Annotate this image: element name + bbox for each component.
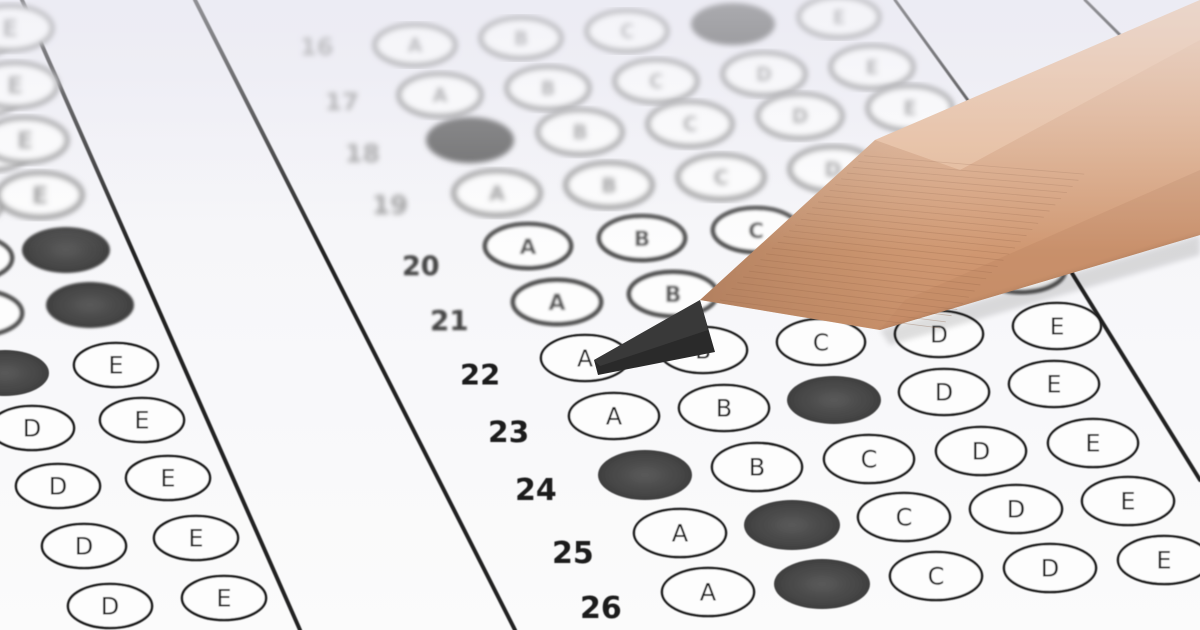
bubble-e: E xyxy=(1118,536,1200,584)
bubble-e: E xyxy=(0,63,57,107)
filled-bubble xyxy=(426,117,514,163)
bubble-b: B xyxy=(566,163,652,207)
bubble-a: A xyxy=(399,74,481,116)
bubble-letter: D xyxy=(75,533,93,561)
bubble-d: D xyxy=(899,369,989,415)
bubble-c: C xyxy=(777,319,865,365)
bubble-e: E xyxy=(799,0,879,37)
bubble-letter: A xyxy=(606,403,622,431)
filled-bubble xyxy=(787,376,881,424)
bubble-letter: E xyxy=(1156,547,1171,575)
bubble-letter: C xyxy=(928,563,945,591)
bubble-c: C xyxy=(858,493,950,541)
bubble-b: B xyxy=(712,443,802,491)
bubble-b: B xyxy=(599,216,685,260)
bubble-a: A xyxy=(662,568,754,616)
bubble-a: A xyxy=(569,393,659,439)
bubble-letter: D xyxy=(972,438,990,466)
bubble-letter: B xyxy=(716,395,732,423)
bubble-b: B xyxy=(507,67,589,109)
filled-bubble xyxy=(774,559,870,609)
answer-sheet-photo: 16ABCE17ABCDE18BCDE19ABCDE20ABCDE21ABCDE… xyxy=(0,0,1200,630)
bubble-letter: E xyxy=(134,407,149,435)
bubble-letter: A xyxy=(672,520,689,548)
bubble-letter: E xyxy=(188,525,203,553)
bubble-letter: A xyxy=(548,290,566,316)
bubble-letter: E xyxy=(2,15,18,43)
bubble-e: E xyxy=(1009,361,1099,407)
bubble-letter: A xyxy=(520,235,537,260)
question-number: 23 xyxy=(488,415,529,449)
bubble-letter: D xyxy=(49,473,67,501)
bubble-c: C xyxy=(587,11,667,51)
question-number: 26 xyxy=(580,591,622,626)
bubble-letter: B xyxy=(749,454,765,482)
bubble-letter: D xyxy=(101,593,119,621)
bubble-letter: A xyxy=(432,84,447,107)
bubble-letter: C xyxy=(896,504,913,532)
bubble-letter: E xyxy=(1050,314,1065,340)
bubble-letter: C xyxy=(748,219,764,244)
bubble-b: B xyxy=(679,385,769,431)
question-number: 18 xyxy=(345,139,380,168)
bubble-letter: C xyxy=(620,20,634,43)
bubble-e: E xyxy=(1048,419,1138,467)
bubble-letter: E xyxy=(1085,430,1100,458)
bubble-letter: A xyxy=(408,34,423,57)
bubble-letter: C xyxy=(861,446,878,474)
bubble-e: E xyxy=(0,118,67,162)
bubble-d: D xyxy=(1004,544,1096,592)
bubble-letter: E xyxy=(17,127,33,155)
bubble-letter: E xyxy=(1120,488,1135,516)
bubble-letter: D xyxy=(935,379,953,407)
bubble-letter: E xyxy=(903,96,917,120)
bubble-letter: D xyxy=(756,63,772,86)
bubble-e: E xyxy=(1013,303,1101,349)
bubble-letter: A xyxy=(489,181,505,205)
bubble-letter: A xyxy=(577,346,593,372)
bubble-letter: A xyxy=(700,579,717,607)
filled-bubble xyxy=(0,350,49,396)
bubble-e: E xyxy=(1082,477,1174,525)
bubble-letter: B xyxy=(572,120,587,144)
bubble-letter: C xyxy=(813,330,829,356)
bubble-letter: E xyxy=(216,585,231,613)
filled-bubble xyxy=(744,500,840,550)
bubble-d: D xyxy=(758,94,842,138)
bubble-d: D xyxy=(68,584,152,628)
bubble-letter: B xyxy=(514,27,529,50)
bubble-d: D xyxy=(16,464,100,508)
bubble-d: D xyxy=(936,427,1026,475)
bubble-letter: D xyxy=(1041,555,1059,583)
bubble-letter: C xyxy=(713,165,728,189)
filled-bubble xyxy=(691,3,775,45)
bubble-d: D xyxy=(0,406,74,450)
bubble-e: E xyxy=(126,456,210,500)
answer-sheet-illustration: 16ABCE17ABCDE18BCDE19ABCDE20ABCDE21ABCDE… xyxy=(0,0,1200,630)
question-number: 16 xyxy=(300,33,333,61)
question-number: 17 xyxy=(325,87,359,116)
bubble-a: A xyxy=(513,280,601,324)
bubble-d: D xyxy=(723,53,805,95)
bubble-e: E xyxy=(154,516,238,560)
bubble-b: B xyxy=(481,18,561,58)
bubble-a: A xyxy=(454,171,540,215)
bubble-a: A xyxy=(375,25,455,65)
bubble-e: E xyxy=(74,343,158,387)
bubble-letter: D xyxy=(1007,496,1025,524)
bubble-e: E xyxy=(0,6,52,50)
question-number: 25 xyxy=(552,536,594,571)
bubble-letter: D xyxy=(23,415,41,443)
bubble-letter: E xyxy=(108,352,123,380)
filled-bubble xyxy=(598,450,692,500)
bubble-letter: D xyxy=(792,104,809,128)
filled-bubble xyxy=(22,227,110,273)
bubble-letter: B xyxy=(541,77,556,100)
question-number: 19 xyxy=(372,191,408,221)
bubble-c: C xyxy=(824,435,914,483)
bubble-e: E xyxy=(831,46,913,88)
bubble-c: C xyxy=(890,552,982,600)
bubble-c: C xyxy=(615,60,697,102)
bubble-a: A xyxy=(634,509,726,557)
bubble-letter: E xyxy=(832,6,845,29)
bubble-a: A xyxy=(485,224,571,268)
question-number: 24 xyxy=(515,473,557,508)
bubble-letter: B xyxy=(634,227,650,252)
question-number: 20 xyxy=(402,251,440,282)
bubble-letter: E xyxy=(32,182,48,210)
bubble-d: D xyxy=(970,485,1062,533)
question-number: 22 xyxy=(460,358,500,392)
bubble-c: C xyxy=(648,102,732,146)
bubble-letter: E xyxy=(1047,371,1062,399)
bubble-letter: C xyxy=(683,112,698,136)
bubble-e: E xyxy=(0,173,82,217)
bubble-b: B xyxy=(629,272,717,316)
bubble-letter: B xyxy=(665,282,682,308)
bubble-d: D xyxy=(0,291,22,335)
bubble-letter: C xyxy=(649,70,663,93)
bubble-letter: E xyxy=(865,56,878,79)
bubble-b: B xyxy=(538,110,622,154)
bubble-letter: E xyxy=(7,72,23,100)
bubble-e: E xyxy=(182,576,266,620)
bubble-d: D xyxy=(0,236,12,280)
column-divider-line xyxy=(1085,0,1120,35)
bubble-e: E xyxy=(100,398,184,442)
bubble-letter: E xyxy=(160,465,175,493)
filled-bubble xyxy=(46,282,134,328)
question-number: 21 xyxy=(430,304,469,337)
bubble-d: D xyxy=(42,524,126,568)
bubble-letter: B xyxy=(601,173,617,197)
bubble-c: C xyxy=(678,155,764,199)
